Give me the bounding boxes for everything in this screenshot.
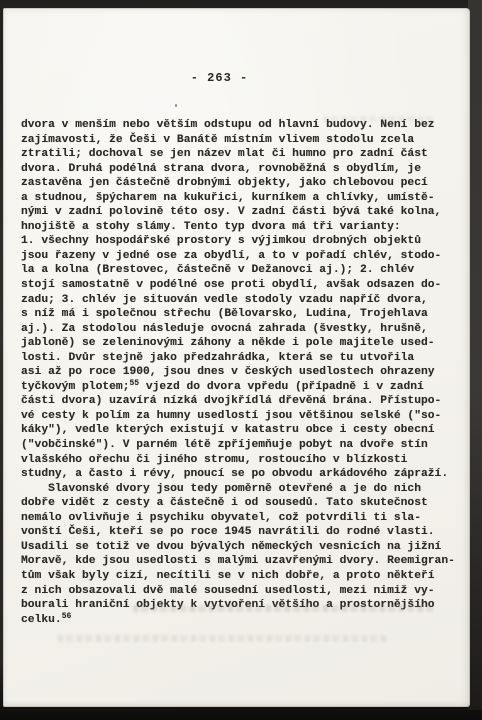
document-page: - 263 - dvora v menším nebo větším odstu… bbox=[3, 8, 470, 707]
text-line: Moravě, kde jsou usedlosti s malými uzav… bbox=[21, 554, 461, 569]
bleed-through-smudge bbox=[323, 116, 433, 122]
text-line: nými v zadní polovině této osy. V zadní … bbox=[21, 205, 461, 220]
text-line: studny, a často i révy, pnoucí se po obv… bbox=[21, 467, 461, 482]
text-line: vé cesty k polím za humny usedlostí jsou… bbox=[21, 409, 461, 424]
text-line: tyčkovým plotem;55 vjezd do dvora vpředu… bbox=[21, 380, 461, 395]
body-text: dvora v menším nebo větším odstupu od hl… bbox=[21, 118, 461, 627]
bleed-through-smudge bbox=[133, 605, 433, 612]
scanner-backing-band bbox=[468, 0, 482, 710]
text-line: dobře vidět z cesty a částečně i od sous… bbox=[21, 496, 461, 511]
text-line: zadu; 3. chlév je situován vedle stodoly… bbox=[21, 293, 461, 308]
text-line: zastavěna jen částečně drobnými objekty,… bbox=[21, 176, 461, 191]
text-line: z nich obsazovali dvě malé sousední used… bbox=[21, 584, 461, 599]
text-line: zajímavosti, že Češi v Banátě místním vl… bbox=[21, 133, 461, 148]
text-line: a studnou, špýcharem na kukuřici, kurník… bbox=[21, 191, 461, 206]
text-line: části dvora) uzavírá nízká dvojkřídlá dř… bbox=[21, 394, 461, 409]
bleed-through-smudge bbox=[58, 635, 388, 642]
text-line: celku.56 bbox=[21, 613, 461, 628]
text-line: vlašského ořechu či jiného stromu, rosto… bbox=[21, 453, 461, 468]
text-line: Usadili se totiž ve dvou bývalých německ… bbox=[21, 540, 461, 555]
text-line: jabloně) se zeleninovými záhony a někde … bbox=[21, 336, 461, 351]
text-line: káky"), vedle kterých existují v katastr… bbox=[21, 423, 461, 438]
scan-background: - 263 - dvora v menším nebo větším odstu… bbox=[0, 0, 482, 720]
text-line: ztratili; dochoval se jen název mlat či … bbox=[21, 147, 461, 162]
text-line: tům však byly cizí, necítili se v nich d… bbox=[21, 569, 461, 584]
paper-speck bbox=[175, 104, 177, 107]
footnote-ref: 56 bbox=[62, 612, 72, 621]
text-line: asi až po roce 1900, jsou dnes v českých… bbox=[21, 365, 461, 380]
text-line: aj.). Za stodolou následuje ovocná zahra… bbox=[21, 322, 461, 337]
text-line: jsou řazeny v jedné ose za obydlí, a to … bbox=[21, 249, 461, 264]
footnote-ref: 55 bbox=[129, 379, 139, 388]
text-line: hnojiště a stohy slámy. Tento typ dvora … bbox=[21, 220, 461, 235]
text-line: Slavonské dvory jsou tedy poměrně otevře… bbox=[21, 482, 461, 497]
text-line: la a kolna (Brestovec, částečně v Dežano… bbox=[21, 263, 461, 278]
text-line: stojí samostatně v podélné ose proti oby… bbox=[21, 278, 461, 293]
text-line: dvora. Druhá podélná strana dvora, rovno… bbox=[21, 162, 461, 177]
text-line: 1. všechny hospodářské prostory s výjimk… bbox=[21, 234, 461, 249]
page-number: - 263 - bbox=[0, 71, 453, 85]
text-line: ("vobčinské"). V parném létě zpříjemňuje… bbox=[21, 438, 461, 453]
text-line: losti. Dvůr stejně jako předzahrádka, kt… bbox=[21, 351, 461, 366]
text-line: nemálo ovlivňuje i psychiku obyvatel, co… bbox=[21, 511, 461, 526]
text-line: vonští Češi, kteří se po roce 1945 navrá… bbox=[21, 525, 461, 540]
text-line: s níž má i společnou střechu (Bělovarsko… bbox=[21, 307, 461, 322]
